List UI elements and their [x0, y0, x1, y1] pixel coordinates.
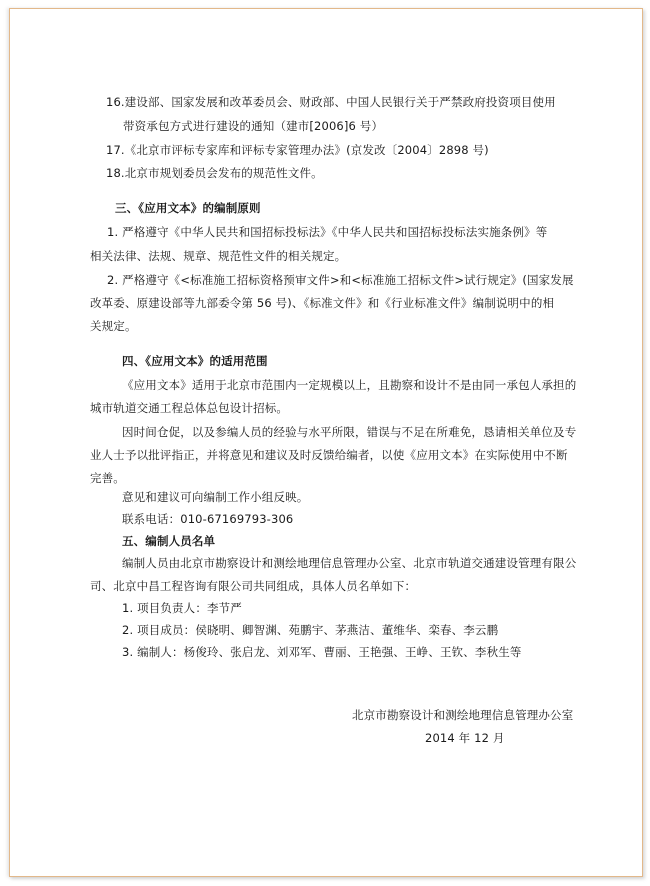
contact-phone: 联系电话：010-67169793-306: [122, 512, 293, 526]
project-members: 2. 项目成员：侯晓明、卿智渊、苑鹏宇、茅燕洁、董维华、栾春、李云鹏: [122, 623, 498, 637]
paragraph-line: 1. 严格遵守《中华人民共和国招标投标法》《中华人民共和国招标投标法实施条例》等: [107, 225, 547, 239]
reference-item-18: 18.北京市规划委员会发布的规范性文件。: [106, 166, 323, 180]
paragraph-line: 意见和建议可向编制工作小组反映。: [122, 490, 308, 504]
reference-item-16-cont: 带资承包方式进行建设的通知（建市[2006]6 号）: [123, 119, 383, 133]
signature-organization: 北京市勘察设计和测绘地理信息管理办公室: [352, 708, 573, 722]
paragraph-line: 因时间仓促，以及参编人员的经验与水平所限，错误与不足在所难免，恳请相关单位及专: [122, 425, 576, 439]
reference-number: 17.: [106, 143, 125, 157]
reference-text: 北京市规划委员会发布的规范性文件。: [125, 166, 323, 180]
reference-text: 《北京市评标专家库和评标专家管理办法》(京发改〔2004〕2898 号): [125, 143, 489, 157]
paragraph-line: 编制人员由北京市勘察设计和测绘地理信息管理办公室、北京市轨道交通建设管理有限公: [122, 556, 576, 570]
paragraph-line: 业人士予以批评指正，并将意见和建议及时反馈给编者，以使《应用文本》在实际使用中不…: [90, 448, 568, 462]
paragraph-line: 司、北京中昌工程咨询有限公司共同组成，具体人员名单如下：: [90, 579, 416, 593]
document-content: 16.建设部、国家发展和改革委员会、财政部、中国人民银行关于严禁政府投资项目使用…: [0, 0, 650, 886]
reference-text: 建设部、国家发展和改革委员会、财政部、中国人民银行关于严禁政府投资项目使用: [125, 95, 556, 109]
paragraph-line: 相关法律、法规、规章、规范性文件的相关规定。: [90, 249, 346, 263]
reference-item-16: 16.建设部、国家发展和改革委员会、财政部、中国人民银行关于严禁政府投资项目使用: [106, 95, 556, 109]
project-leader: 1. 项目负责人：李节严: [122, 601, 242, 615]
paragraph-line: 关规定。: [90, 319, 137, 333]
paragraph-line: 《应用文本》适用于北京市范围内一定规模以上，且勘察和设计不是由同一承包人承担的: [122, 378, 576, 392]
section-heading-scope: 四、《应用文本》的适用范围: [122, 354, 268, 368]
paragraph-line: 2. 严格遵守《<标准施工招标资格预审文件>和<标准施工招标文件>试行规定》(国…: [107, 273, 574, 287]
paragraph-line: 完善。: [90, 471, 125, 485]
reference-number: 16.: [106, 95, 125, 109]
reference-number: 18.: [106, 166, 125, 180]
signature-date: 2014 年 12 月: [425, 731, 505, 745]
paragraph-line: 改革委、原建设部等九部委令第 56 号)、《标准文件》和《行业标准文件》编制说明…: [90, 296, 554, 310]
editors: 3. 编制人：杨俊玲、张启龙、刘邓军、曹丽、王艳强、王峥、王钦、李秋生等: [122, 645, 522, 659]
reference-item-17: 17.《北京市评标专家库和评标专家管理办法》(京发改〔2004〕2898 号): [106, 143, 489, 157]
paragraph-line: 城市轨道交通工程总体总包设计招标。: [90, 401, 288, 415]
section-heading-staff: 五、编制人员名单: [122, 534, 215, 548]
section-heading-principles: 三、《应用文本》的编制原则: [115, 201, 261, 215]
